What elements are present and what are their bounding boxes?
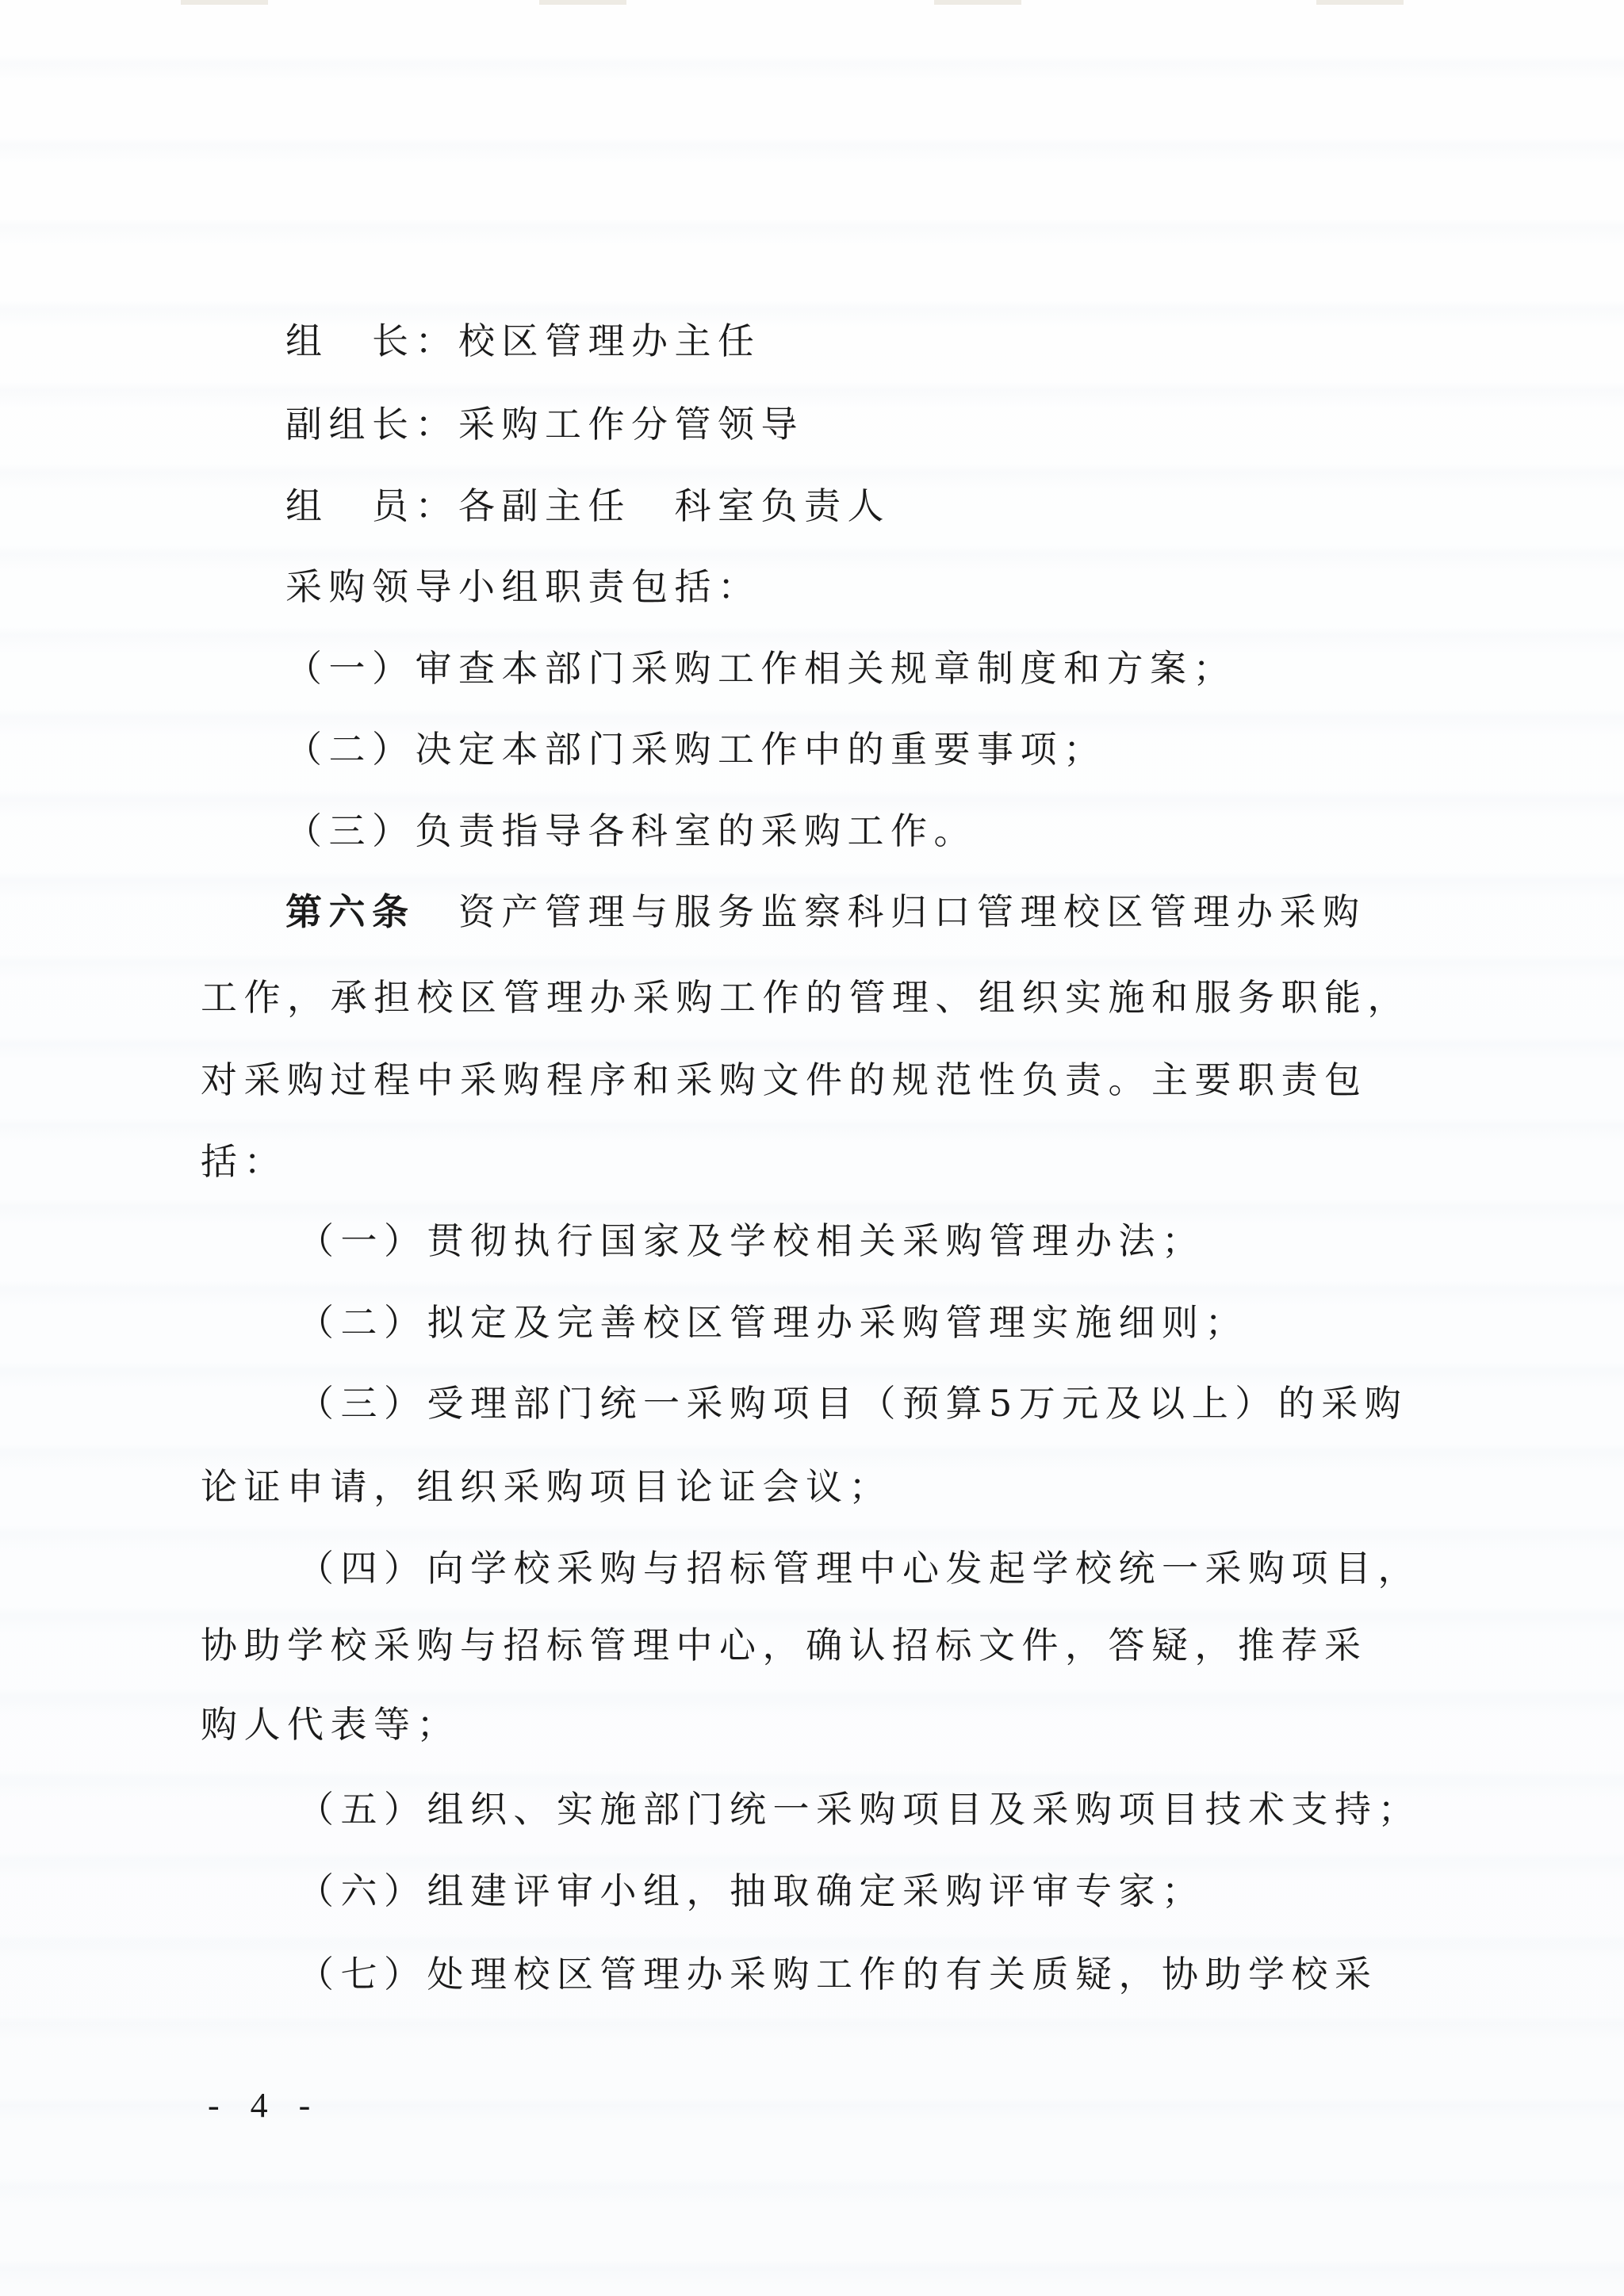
responsibility-item-2: （二）拟定及完善校区管理办采购管理实施细则； — [297, 1299, 1248, 1346]
duty-item-3: （三）负责指导各科室的采购工作。 — [285, 807, 977, 855]
responsibility-item-7: （七）处理校区管理办采购工作的有关质疑，协助学校采 — [297, 1950, 1378, 1998]
deputy-leader-line: 副组长：采购工作分管领导 — [285, 400, 804, 448]
article-6-text: 资产管理与服务监察科归口管理校区管理办采购 — [416, 890, 1366, 933]
article-6-line-4: 括： — [201, 1138, 287, 1185]
duty-item-2: （二）决定本部门采购工作中的重要事项； — [285, 725, 1107, 773]
document-page: 组 长：校区管理办主任 副组长：采购工作分管领导 组 员：各副主任 科室负责人 … — [0, 0, 1624, 2296]
responsibility-item-6: （六）组建评审小组，抽取确定采购评审专家； — [297, 1867, 1205, 1915]
responsibility-item-4-cont-1: 协助学校采购与招标管理中心，确认招标文件，答疑，推荐采 — [201, 1621, 1368, 1669]
duty-item-1: （一）审查本部门采购工作相关规章制度和方案； — [285, 645, 1236, 692]
article-6-heading-line: 第六条 资产管理与服务监察科归口管理校区管理办采购 — [285, 888, 1366, 936]
responsibility-item-5: （五）组织、实施部门统一采购项目及采购项目技术支持； — [297, 1785, 1421, 1833]
leader-line: 组 长：校区管理办主任 — [285, 317, 761, 365]
duties-intro-line: 采购领导小组职责包括： — [285, 563, 761, 610]
responsibility-item-1: （一）贯彻执行国家及学校相关采购管理办法； — [297, 1217, 1205, 1265]
page-number: - 4 - — [208, 2084, 321, 2128]
top-edge-marks — [0, 0, 1624, 6]
responsibility-item-4: （四）向学校采购与招标管理中心发起学校统一采购项目， — [297, 1544, 1421, 1592]
responsibility-item-4-cont-2: 购人代表等； — [201, 1701, 460, 1748]
article-6-label: 第六条 — [285, 890, 416, 933]
responsibility-item-3-cont: 论证申请，组织采购项目论证会议； — [201, 1463, 892, 1510]
members-line: 组 员：各副主任 科室负责人 — [285, 482, 891, 530]
article-6-line-3: 对采购过程中采购程序和采购文件的规范性负责。主要职责包 — [201, 1056, 1368, 1104]
article-6-line-2: 工作，承担校区管理办采购工作的管理、组织实施和服务职能， — [201, 974, 1411, 1021]
responsibility-item-3: （三）受理部门统一采购项目（预算5万元及以上）的采购 — [297, 1380, 1408, 1427]
